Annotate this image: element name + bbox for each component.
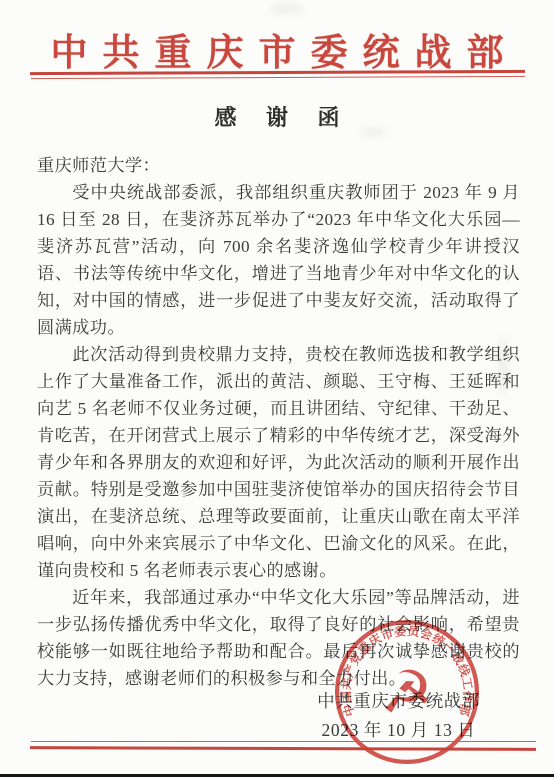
document-title: 感 谢 函 <box>0 101 554 132</box>
letterhead-rule-thin <box>31 76 525 79</box>
letter-body: 重庆师范大学： 受中央统战部委派，我部组织重庆教师团于 2023 年 9 月 1… <box>37 152 520 692</box>
scan-edge-line <box>0 774 554 777</box>
body-paragraph-1: 受中央统战部委派，我部组织重庆教师团于 2023 年 9 月 16 日至 28 … <box>37 179 520 341</box>
hammer-sickle-icon: ☭ <box>381 657 434 726</box>
letterhead-title: 中共重庆市委统战部 <box>0 22 554 76</box>
footer-rule-thick <box>30 746 536 751</box>
scanned-letter-page: 中共重庆市委统战部 感 谢 函 重庆师范大学： 受中央统战部委派，我部组织重庆教… <box>0 0 554 779</box>
scan-smudge <box>270 4 304 14</box>
recipient-salutation: 重庆师范大学： <box>37 152 520 179</box>
official-seal: 中国共产党重庆市委员会统一战线工作部 ☭ <box>331 616 483 768</box>
footer-rule-thin <box>31 741 536 742</box>
body-paragraph-2: 此次活动得到贵校鼎力支持，贵校在教师选拔和教学组织上作了大量准备工作，派出的黄洁… <box>37 341 520 584</box>
